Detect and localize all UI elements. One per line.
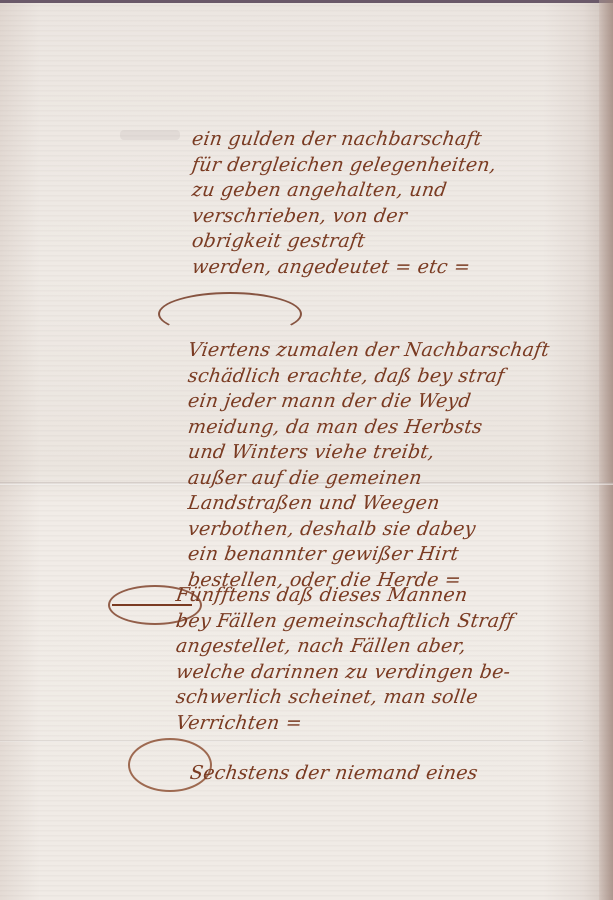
text-line: Fünfftens daß dieses Mannen [174, 583, 515, 609]
text-line: schädlich erachte, daß bey straf [186, 364, 551, 390]
fold-crease-lower [0, 740, 583, 742]
bleed-through-mark [120, 130, 180, 140]
text-line: verschrieben, von der [190, 204, 498, 230]
text-line: ein gulden der nachbarschaft [190, 127, 498, 153]
text-line: angestellet, nach Fällen aber, [174, 634, 515, 660]
text-line: bey Fällen gemeinschaftlich Straff [174, 609, 515, 635]
text-line: schwerlich scheinet, man solle [174, 685, 515, 711]
text-line: ein benannter gewißer Hirt [186, 542, 551, 568]
text-line: werden, angedeutet = etc = [190, 255, 498, 281]
text-line: Verrichten = [174, 711, 515, 737]
paragraph-sechstens: Sechstens der niemand eines [190, 761, 478, 787]
text-line: und Winters viehe treibt, [186, 440, 551, 466]
paragraph-continuation: ein gulden der nachbarschaft für derglei… [192, 127, 496, 280]
text-line: welche darinnen zu verdingen be- [174, 660, 515, 686]
text-line: Landstraßen und Weegen [186, 491, 551, 517]
text-line: für dergleichen gelegenheiten, [190, 153, 498, 179]
paragraph-viertens: Viertens zumalen der Nachbarschaft schäd… [188, 338, 549, 593]
text-line: außer auf die gemeinen [186, 466, 551, 492]
paragraph-fuenfftens: Fünfftens daß dieses Mannen bey Fällen g… [176, 583, 514, 736]
text-line: ein jeder mann der die Weyd [186, 389, 551, 415]
text-line: verbothen, deshalb sie dabey [186, 517, 551, 543]
text-line: obrigkeit gestraft [190, 229, 498, 255]
initial-flourish-viertens [158, 292, 302, 336]
text-line: Viertens zumalen der Nachbarschaft [186, 338, 551, 364]
page-edge-shadow [599, 0, 613, 900]
manuscript-page: ein gulden der nachbarschaft für derglei… [0, 0, 613, 900]
text-line: Sechstens der niemand eines [188, 761, 479, 787]
text-line: meidung, da man des Herbsts [186, 415, 551, 441]
text-line: zu geben angehalten, und [190, 178, 498, 204]
top-edge [0, 0, 613, 3]
